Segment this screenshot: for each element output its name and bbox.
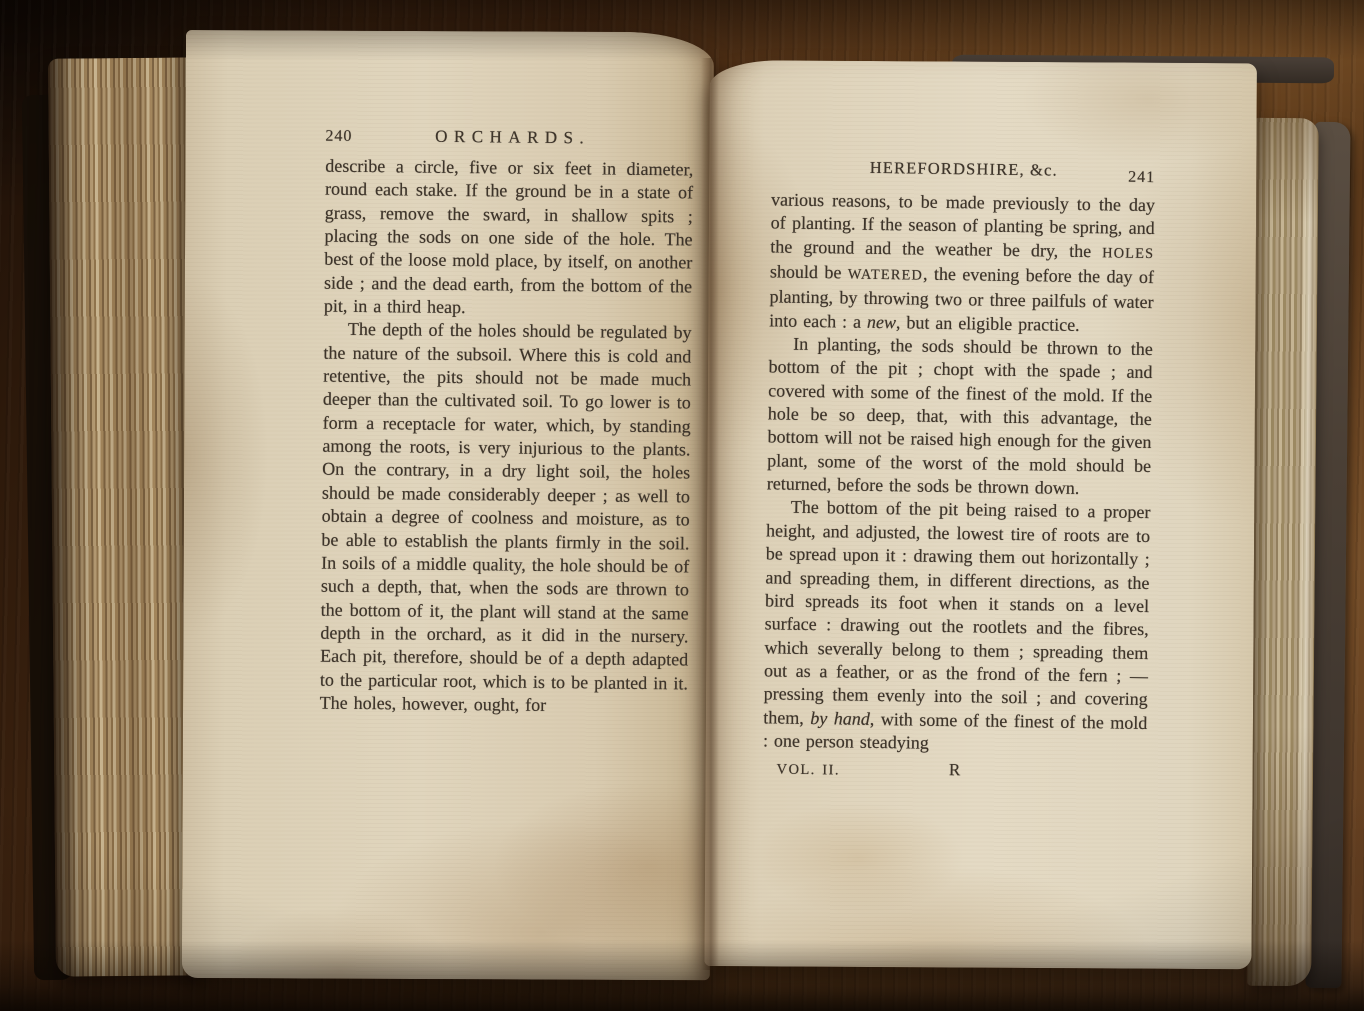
- volume-label: VOL. II.: [776, 759, 840, 783]
- left-page-header: 240 ORCHARDS.: [325, 126, 693, 150]
- right-page-header: 241 HEREFORDSHIRE, &c.: [771, 156, 1155, 182]
- left-page-text: describe a circle, five or six feet in d…: [320, 155, 694, 719]
- paragraph: The depth of the holes should be regulat…: [320, 318, 692, 719]
- body-text-segment: describe a circle, five or six feet in d…: [324, 156, 694, 318]
- body-text-segment: The bottom of the pit being raised to a …: [763, 497, 1150, 727]
- right-page-number: 241: [1128, 169, 1155, 187]
- left-page-edges: [48, 57, 204, 976]
- signature-mark: R: [949, 758, 961, 782]
- body-text-segment: various reasons, to be made previously t…: [770, 189, 1155, 261]
- italic-text: new: [867, 312, 896, 332]
- body-text-segment: , but an eligible practice.: [896, 312, 1080, 335]
- right-running-title: HEREFORDSHIRE, &c.: [771, 156, 1155, 182]
- body-text-segment: In planting, the sods should be thrown t…: [767, 334, 1153, 498]
- body-text-segment: The depth of the holes should be regulat…: [320, 319, 692, 715]
- small-caps-text: HOLES: [1102, 245, 1154, 262]
- paragraph: The bottom of the pit being raised to a …: [763, 496, 1151, 758]
- left-page-number: 240: [325, 128, 352, 146]
- right-page-footer: VOL. II.R: [762, 756, 1146, 788]
- small-caps-text: WATERED: [848, 267, 923, 284]
- italic-text: by hand: [810, 708, 870, 729]
- right-page-text: various reasons, to be made previously t…: [762, 188, 1155, 787]
- book-photo: 240 ORCHARDS. describe a circle, five or…: [0, 0, 1364, 1011]
- right-page: 241 HEREFORDSHIRE, &c. various reasons, …: [704, 60, 1257, 969]
- paragraph: describe a circle, five or six feet in d…: [324, 155, 694, 322]
- paragraph: In planting, the sods should be thrown t…: [767, 332, 1153, 501]
- right-page-edges: [1247, 118, 1319, 987]
- paragraph: various reasons, to be made previously t…: [769, 188, 1155, 338]
- left-page: 240 ORCHARDS. describe a circle, five or…: [182, 30, 714, 980]
- left-running-title: ORCHARDS.: [325, 126, 693, 150]
- body-text-segment: should be: [770, 261, 848, 282]
